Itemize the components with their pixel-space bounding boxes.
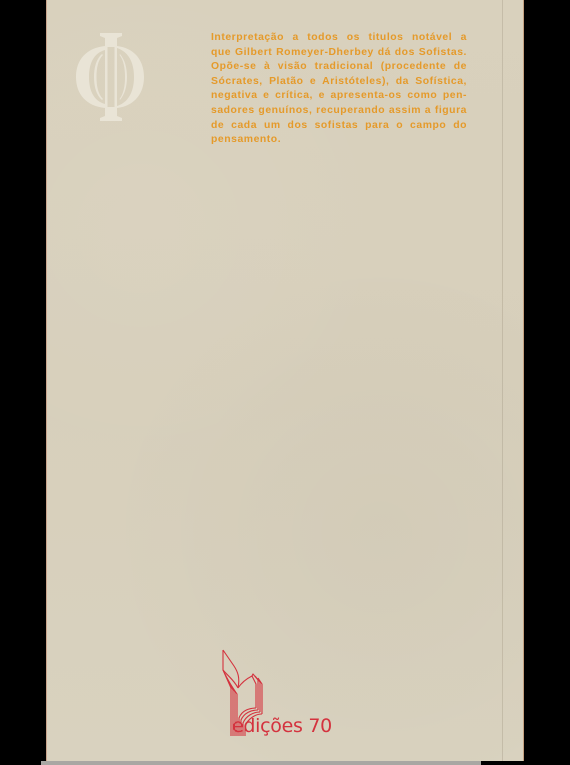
phi-icon: [72, 30, 146, 125]
blurb-line: negativa e crítica, e apresenta-os como …: [211, 89, 467, 104]
spine-fold-line: [502, 0, 503, 761]
blurb-line: Interpretação a todos os titulos notável…: [211, 31, 467, 46]
book-back-cover: Interpretação a todos os titulos notável…: [46, 0, 524, 761]
blurb-line: Opõe-se à visão tradicional (procedente …: [211, 60, 467, 75]
publisher-name: edições 70: [232, 715, 332, 737]
scan-bottom-edge: [41, 761, 481, 765]
blurb-line: que Gilbert Romeyer-Dherbey dá dos Sofis…: [211, 46, 467, 61]
blurb-line: sadores genuínos, recuperando assim a fi…: [211, 104, 467, 119]
blurb-line: Sócrates, Platão e Aristóteles), da Sofí…: [211, 75, 467, 90]
back-cover-blurb: Interpretação a todos os titulos notável…: [211, 31, 467, 148]
blurb-line: pensamento.: [211, 133, 467, 148]
publisher-logo: edições 70: [220, 648, 360, 740]
blurb-line: de cada um dos sofistas para o campo do: [211, 119, 467, 134]
